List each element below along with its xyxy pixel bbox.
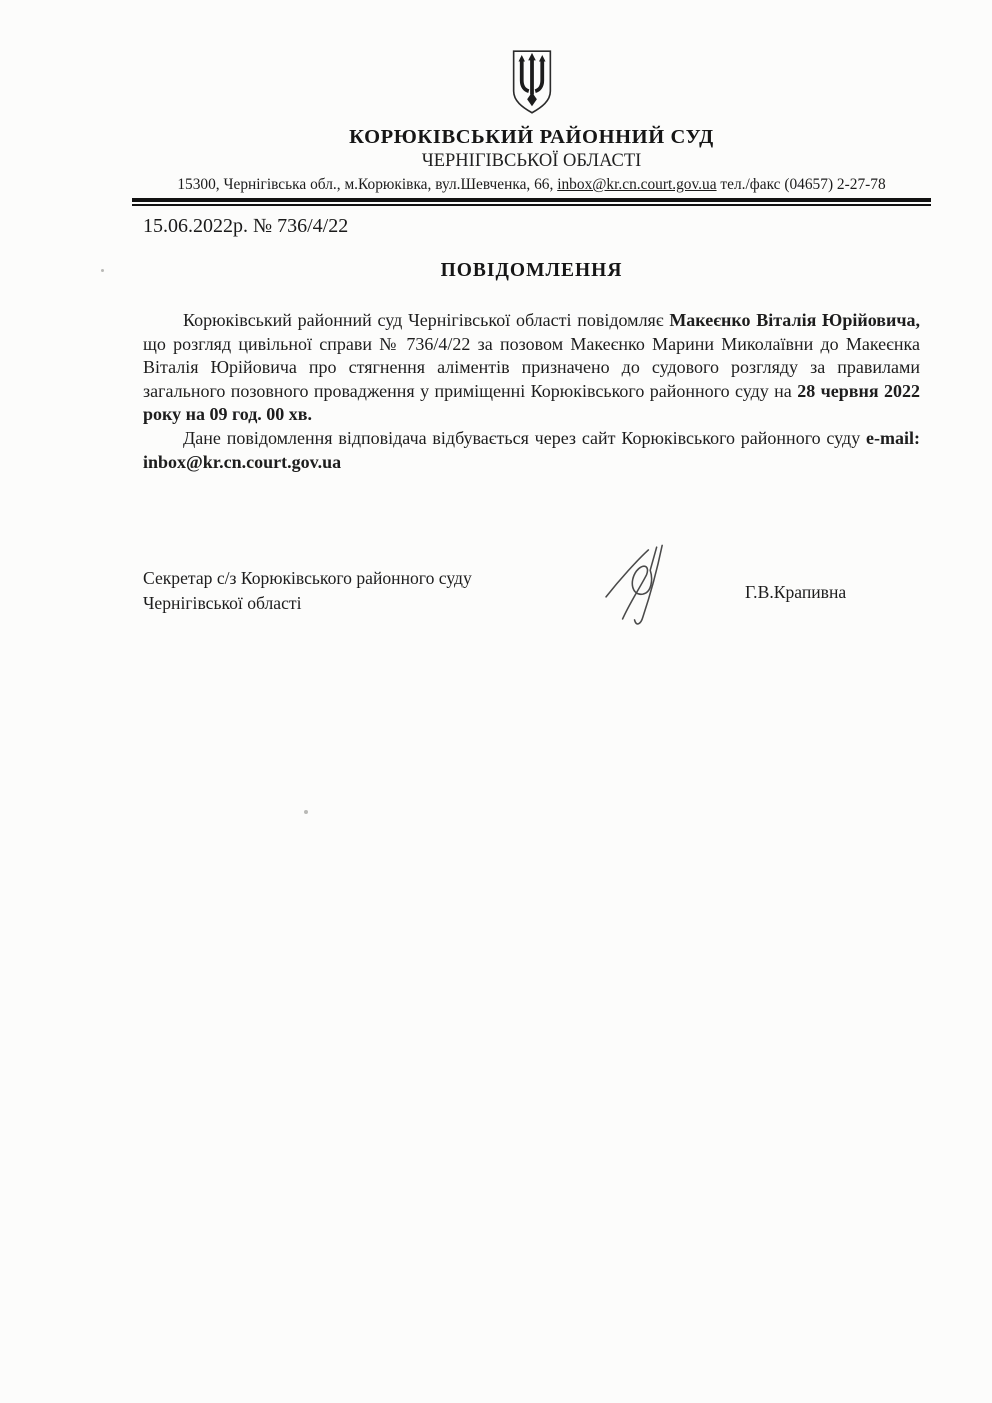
- signer-role-line2: Чернігівської області: [143, 591, 472, 616]
- signer-role: Секретар с/з Корюківського районного суд…: [143, 566, 472, 616]
- signature-block: Секретар с/з Корюківського районного суд…: [143, 560, 920, 650]
- letter-body: Корюківський районний суд Чернігівської …: [143, 309, 920, 474]
- emblem-wrap: [143, 0, 920, 116]
- paragraph-email-notice: Дане повідомлення відповідача відбуваєть…: [143, 427, 920, 474]
- paragraph-main: Корюківський районний суд Чернігівської …: [143, 309, 920, 427]
- date-and-case-number: 15.06.2022р. № 736/4/22: [143, 215, 920, 238]
- ukraine-trident-icon: [505, 48, 559, 116]
- p1-text: Корюківський районний суд Чернігівської …: [183, 310, 669, 330]
- header-divider: [132, 198, 931, 206]
- scanned-court-letter: КОРЮКІВСЬКИЙ РАЙОННИЙ СУД ЧЕРНІГІВСЬКОЇ …: [0, 0, 992, 1403]
- court-email: inbox@kr.cn.court.gov.ua: [557, 176, 716, 193]
- court-address: 15300, Чернігівська обл., м.Корюківка, в…: [143, 176, 920, 194]
- signer-role-line1: Секретар с/з Корюківського районного суд…: [143, 566, 472, 591]
- address-text: 15300, Чернігівська обл., м.Корюківка, в…: [177, 176, 557, 193]
- court-name: КОРЮКІВСЬКИЙ РАЙОННИЙ СУД: [143, 126, 920, 149]
- letter-content: КОРЮКІВСЬКИЙ РАЙОННИЙ СУД ЧЕРНІГІВСЬКОЇ …: [143, 0, 920, 650]
- scan-speck: [101, 269, 104, 272]
- court-region: ЧЕРНІГІВСЬКОЇ ОБЛАСТІ: [143, 151, 920, 172]
- phone-fax: тел./факс (04657) 2-27-78: [717, 176, 886, 193]
- scan-speck: [304, 810, 308, 814]
- p2-text: Дане повідомлення відповідача відбуваєть…: [183, 428, 866, 448]
- signature-scribble-icon: [595, 538, 687, 630]
- document-title: ПОВІДОМЛЕННЯ: [143, 260, 920, 282]
- signer-name: Г.В.Крапивна: [745, 582, 846, 603]
- handwritten-signature: [595, 538, 687, 635]
- p1-defendant-name: Макеєнко Віталія Юрійовича,: [669, 310, 920, 330]
